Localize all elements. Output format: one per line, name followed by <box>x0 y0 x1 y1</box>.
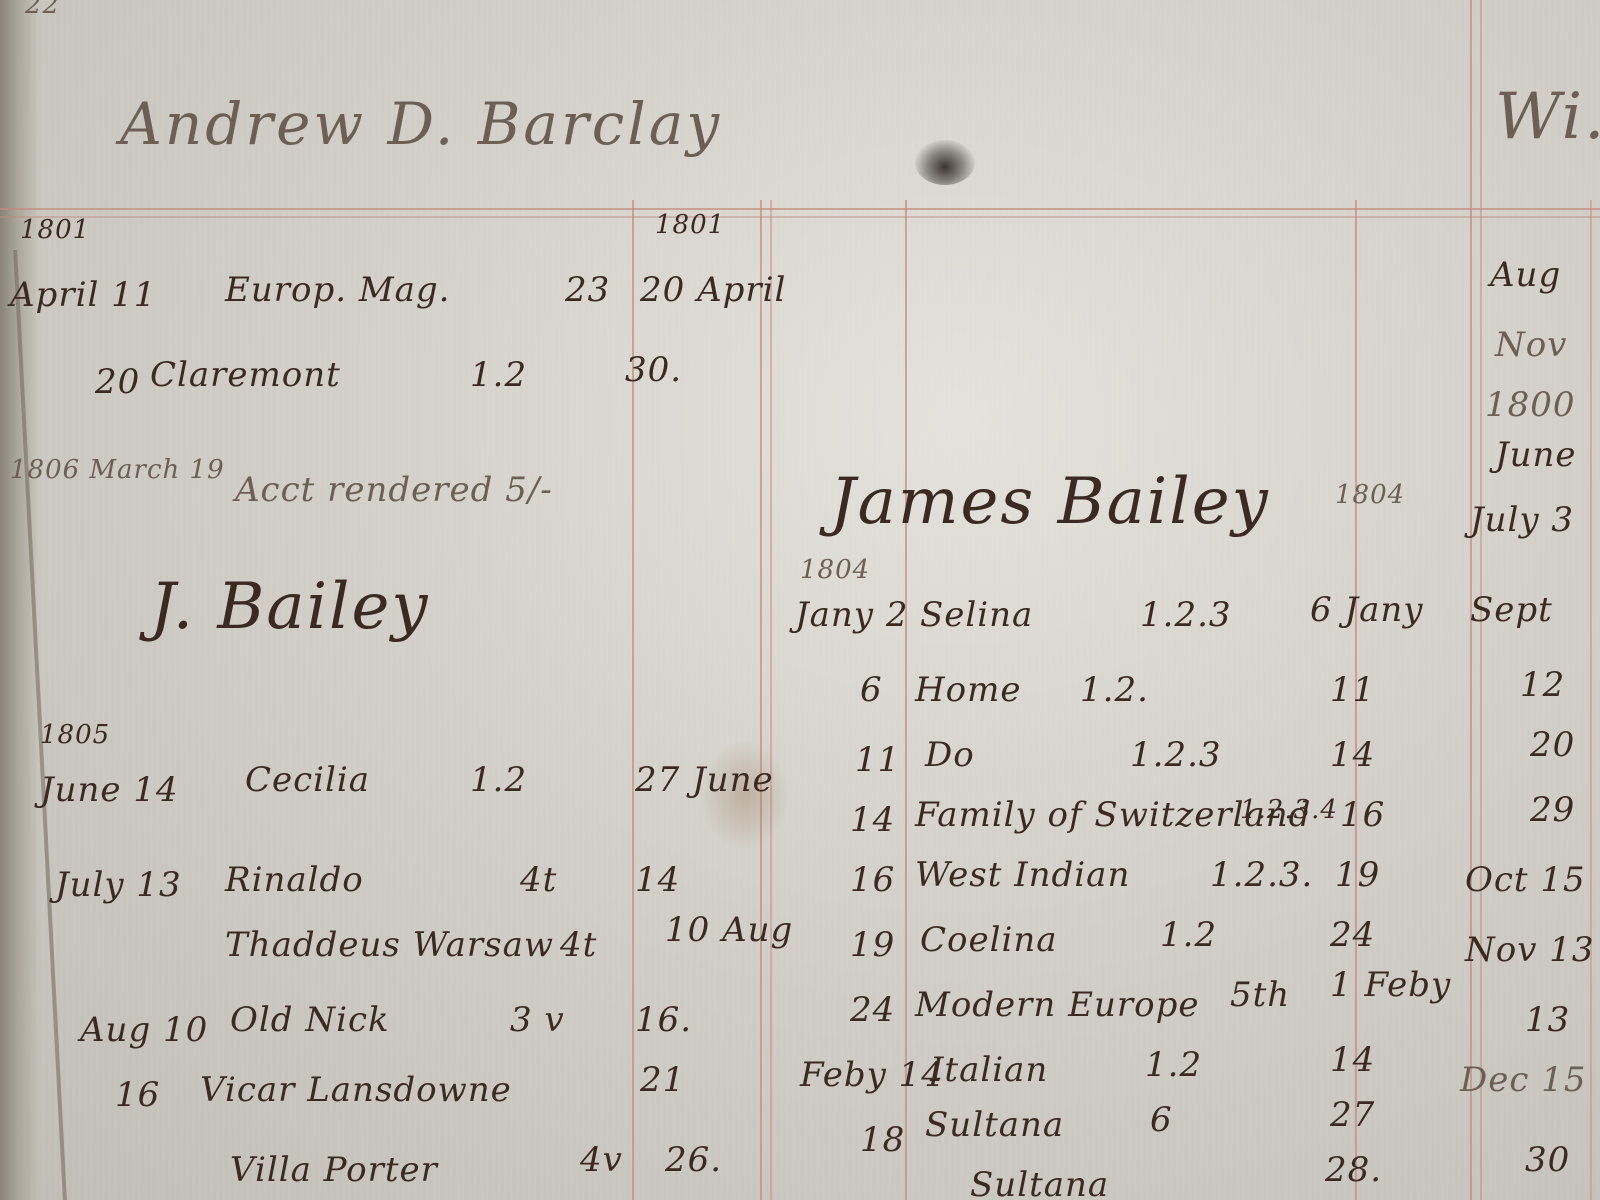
entry-date: 20 <box>1530 725 1575 765</box>
entry-return: 27 June <box>635 760 774 800</box>
entry-return: 30. <box>625 350 682 390</box>
entry-date: 1800 <box>1485 385 1576 425</box>
entry-vols: 1.2 <box>1145 1045 1202 1085</box>
account-header-james-bailey: James Bailey <box>830 465 1270 539</box>
entry-title: Europ. Mag. <box>225 270 450 310</box>
entry-date: 16 <box>850 860 895 900</box>
entry-title: Do <box>925 735 975 775</box>
year-label: 1801 <box>655 210 725 240</box>
entry-return: 27 <box>1330 1095 1375 1135</box>
entry-date: 6 <box>860 670 883 710</box>
entry-title: Home <box>915 670 1021 710</box>
ink-blot <box>915 140 975 185</box>
page-number: 22 <box>25 0 60 20</box>
entry-return: 14 <box>635 860 680 900</box>
entry-vols: 4v <box>580 1140 623 1180</box>
ruling-header-line-2 <box>0 216 1600 218</box>
entry-date: 18 <box>860 1120 905 1160</box>
entry-vols: 1.2 <box>470 760 527 800</box>
entry-date: Sept <box>1470 590 1553 630</box>
entry-title: Villa Porter <box>230 1150 438 1190</box>
entry-date: 16 <box>115 1075 160 1115</box>
ruling-column-line <box>770 200 772 1200</box>
entry-return: 6 Jany <box>1310 590 1423 630</box>
entry-title: Modern Europe <box>915 985 1199 1025</box>
entry-title: Selina <box>920 595 1033 635</box>
entry-title: Sultana <box>970 1165 1109 1200</box>
year-label: 1805 <box>40 720 110 750</box>
entry-vols: 1.2.3 <box>1140 595 1232 635</box>
entry-date: 29 <box>1530 790 1575 830</box>
account-header-barclay: Andrew D. Barclay <box>120 90 722 158</box>
entry-date: 20 <box>95 362 140 402</box>
entry-date: 30 <box>1525 1140 1570 1180</box>
entry-return: 14 <box>1330 1040 1375 1080</box>
entry-return: 11 <box>1330 670 1375 710</box>
entry-vols: 6 <box>1150 1100 1173 1140</box>
account-header-j-bailey: J. Bailey <box>150 570 430 644</box>
entry-vols: 1.2. <box>1080 670 1149 710</box>
entry-date: 11 <box>855 740 900 780</box>
entry-title: Sultana <box>925 1105 1064 1145</box>
entry-date: 24 <box>850 990 895 1030</box>
entry-title: Rinaldo <box>225 860 364 900</box>
entry-date: 19 <box>850 925 895 965</box>
entry-date: Aug 10 <box>80 1010 208 1050</box>
ledger-page: 22 Andrew D. Barclay 1801 1801 April 11 … <box>0 0 1600 1200</box>
entry-title: Coelina <box>920 920 1058 960</box>
ruling-column-line <box>760 200 762 1200</box>
year-label: 1804 <box>800 555 870 585</box>
year-label: 1804 <box>1335 480 1405 510</box>
entry-return: 26. <box>665 1140 722 1180</box>
entry-title: Italian <box>930 1050 1048 1090</box>
entry-title: Claremont <box>150 355 341 395</box>
entry-date: June <box>1495 435 1577 475</box>
entry-return: 21 <box>640 1060 685 1100</box>
entry-date: Dec 15 <box>1460 1060 1587 1100</box>
partial-account-header: Wi... <box>1495 80 1600 154</box>
entry-title: Cecilia <box>245 760 370 800</box>
ruling-column-line <box>905 200 907 1200</box>
entry-date: Feby 14 <box>800 1055 944 1095</box>
entry-date: Nov 13 <box>1465 930 1595 970</box>
entry-date: Oct 15 <box>1465 860 1586 900</box>
year-label: 1801 <box>20 215 90 245</box>
entry-vols: 1.2.3.4 <box>1240 795 1338 825</box>
entry-return-date: 20 April <box>640 270 786 310</box>
ruling-header-line <box>0 208 1600 210</box>
entry-vols: 1.2 <box>470 355 527 395</box>
entry-return: 24 <box>1330 915 1375 955</box>
entry-return: 16 <box>1340 795 1385 835</box>
entry-date: Jany 2 <box>795 595 908 635</box>
entry-vols: 3 v <box>510 1000 565 1040</box>
entry-return: 14 <box>1330 735 1375 775</box>
entry-return: 1 Feby <box>1330 965 1451 1005</box>
entry-date: Nov <box>1495 325 1567 365</box>
entry-return: 10 Aug <box>665 910 793 950</box>
entry-date: 14 <box>850 800 895 840</box>
entry-return: 16. <box>635 1000 692 1040</box>
ruling-column-line <box>1590 200 1592 1200</box>
entry-title: West Indian <box>915 855 1130 895</box>
entry-return: 28. <box>1325 1150 1382 1190</box>
entry-date: July 3 <box>1470 500 1574 540</box>
entry-vols: 4t <box>520 860 557 900</box>
entry-date: April 11 <box>10 275 156 315</box>
entry-date: 12 <box>1520 665 1565 705</box>
entry-vols: 4t <box>560 925 597 965</box>
entry-title: Acct rendered 5/- <box>235 470 553 510</box>
entry-date: Aug <box>1490 255 1561 295</box>
entry-title: Thaddeus Warsaw <box>225 925 554 965</box>
entry-vols: 1.2 <box>1160 915 1217 955</box>
entry-return: 19 <box>1335 855 1380 895</box>
entry-vols: 5th <box>1230 975 1290 1015</box>
entry-date: 1806 March 19 <box>10 455 225 485</box>
entry-return: 23 <box>565 270 610 310</box>
entry-title: Old Nick <box>230 1000 390 1040</box>
entry-date: June 14 <box>40 770 179 810</box>
entry-vols: 1.2.3. <box>1210 855 1313 895</box>
entry-title: Vicar Lansdowne <box>200 1070 512 1110</box>
entry-date: 13 <box>1525 1000 1570 1040</box>
entry-vols: 1.2.3 <box>1130 735 1222 775</box>
entry-date: July 13 <box>55 865 182 905</box>
